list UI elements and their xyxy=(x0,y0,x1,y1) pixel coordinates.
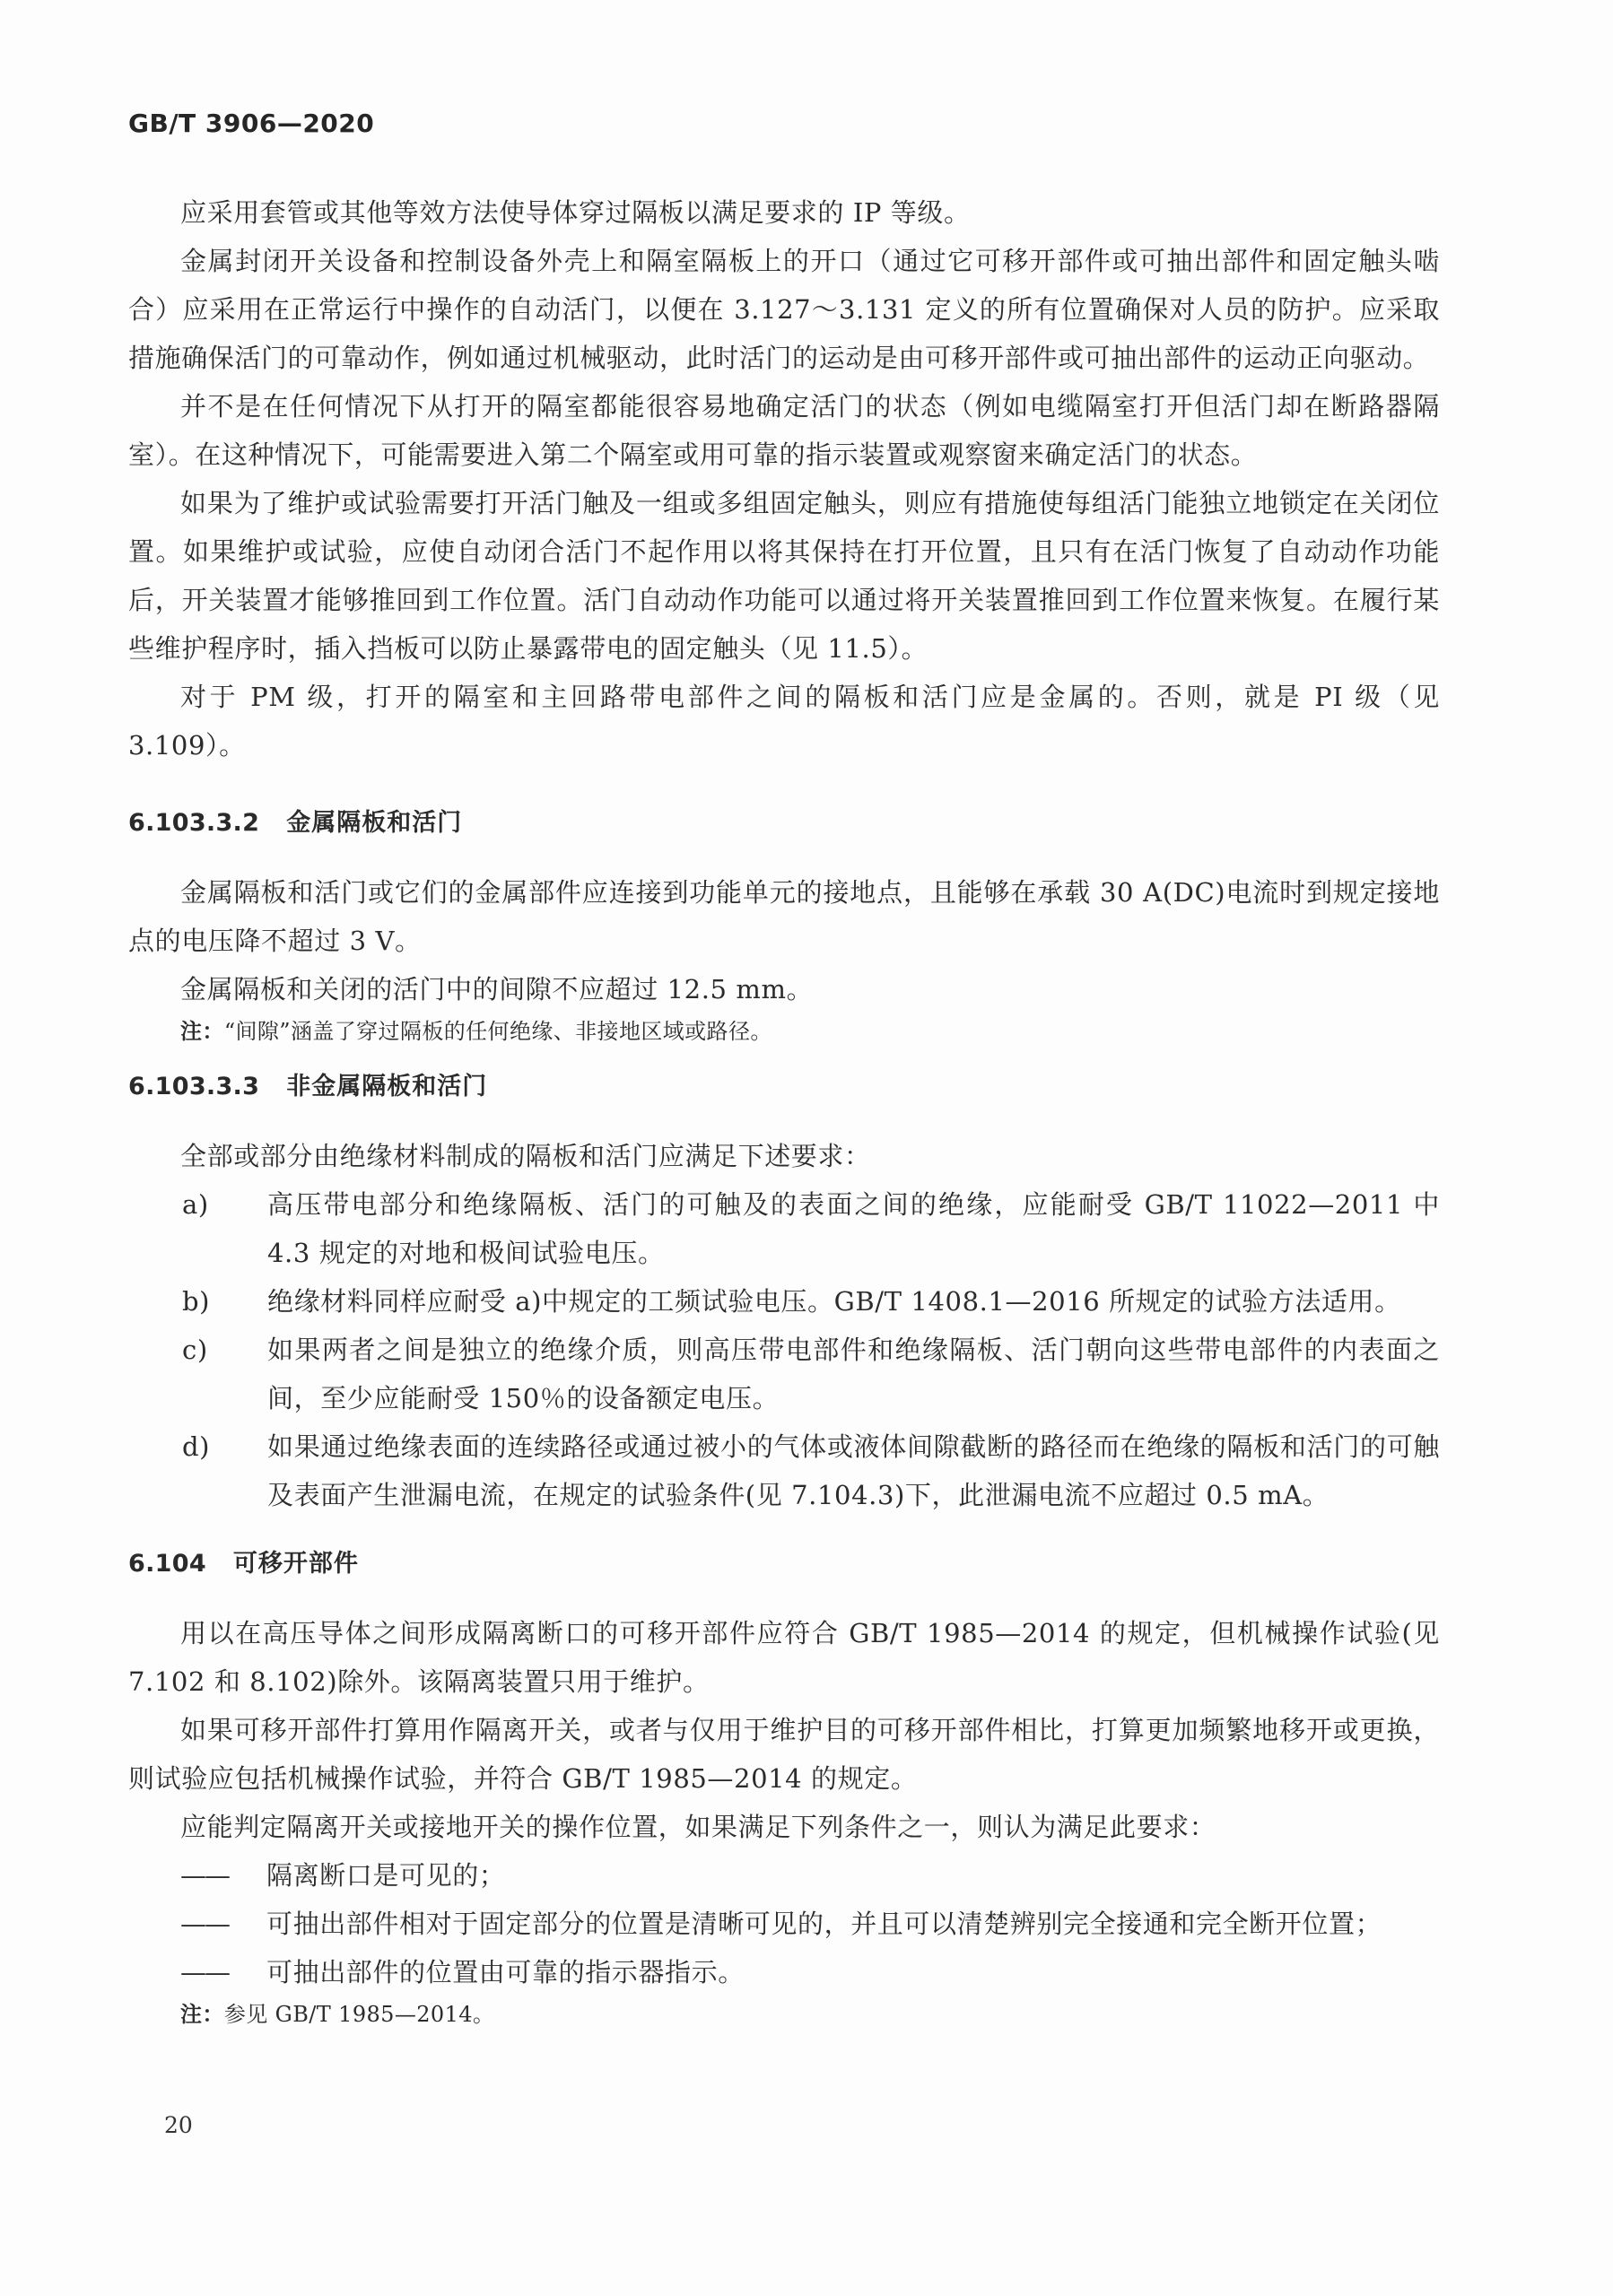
section-number: 6.103.3.2 xyxy=(128,805,259,841)
dash-list-item: —— 可抽出部件相对于固定部分的位置是清晰可见的，并且可以清楚辨别完全接通和完全… xyxy=(128,1900,1440,1948)
note-label: 注： xyxy=(180,2002,224,2027)
paragraph: 如果为了维护或试验需要打开活门触及一组或多组固定触头，则应有措施使每组活门能独立… xyxy=(128,479,1440,673)
section-number: 6.103.3.3 xyxy=(128,1069,259,1105)
paragraph: 应能判定隔离开关或接地开关的操作位置，如果满足下列条件之一，则认为满足此要求： xyxy=(128,1803,1440,1851)
section-heading-6-103-3-2: 6.103.3.2 金属隔板和活门 xyxy=(128,805,1440,841)
section-number: 6.104 xyxy=(128,1546,206,1582)
paragraph: 用以在高压导体之间形成隔离断口的可移开部件应符合 GB/T 1985—2014 … xyxy=(128,1609,1440,1706)
document-page: GB/T 3906—2020 应采用套管或其他等效方法使导体穿过隔板以满足要求的… xyxy=(0,0,1613,2296)
paragraph: 全部或部分由绝缘材料制成的隔板和活门应满足下述要求： xyxy=(128,1132,1440,1180)
paragraph: 金属封闭开关设备和控制设备外壳上和隔室隔板上的开口（通过它可移开部件或可抽出部件… xyxy=(128,237,1440,382)
dash-marker: —— xyxy=(180,1948,266,1996)
list-item-b: b) 绝缘材料同样应耐受 a)中规定的工频试验电压。GB/T 1408.1—20… xyxy=(128,1277,1440,1326)
dash-item-text: 可抽出部件相对于固定部分的位置是清晰可见的，并且可以清楚辨别完全接通和完全断开位… xyxy=(266,1900,1440,1948)
note: 注：“间隙”涵盖了穿过隔板的任何绝缘、非接地区域或路径。 xyxy=(128,1013,1440,1049)
dash-item-text: 可抽出部件的位置由可靠的指示器指示。 xyxy=(266,1948,1440,1996)
spacer xyxy=(128,1049,1440,1069)
running-header-standard-number: GB/T 3906—2020 xyxy=(128,109,374,138)
section-title: 金属隔板和活门 xyxy=(286,805,462,841)
dash-marker: —— xyxy=(180,1851,266,1900)
spacer xyxy=(128,841,1440,868)
spacer xyxy=(128,1582,1440,1609)
section-title: 可移开部件 xyxy=(233,1546,359,1582)
dash-marker: —— xyxy=(180,1900,266,1948)
note-label: 注： xyxy=(180,1019,224,1044)
list-item-a: a) 高压带电部分和绝缘隔板、活门的可触及的表面之间的绝缘，应能耐受 GB/T … xyxy=(128,1180,1440,1277)
note-text: “间隙”涵盖了穿过隔板的任何绝缘、非接地区域或路径。 xyxy=(224,1019,772,1044)
paragraph: 金属隔板和关闭的活门中的间隙不应超过 12.5 mm。 xyxy=(128,965,1440,1013)
list-item-text: 如果两者之间是独立的绝缘介质，则高压带电部件和绝缘隔板、活门朝向这些带电部件的内… xyxy=(267,1326,1440,1422)
dash-list-item: —— 隔离断口是可见的； xyxy=(128,1851,1440,1900)
list-item-c: c) 如果两者之间是独立的绝缘介质，则高压带电部件和绝缘隔板、活门朝向这些带电部… xyxy=(128,1326,1440,1422)
section-title: 非金属隔板和活门 xyxy=(286,1069,487,1105)
page-number: 20 xyxy=(164,2112,193,2138)
list-marker: c) xyxy=(182,1326,267,1422)
list-marker: a) xyxy=(182,1180,267,1277)
paragraph: 对于 PM 级，打开的隔室和主回路带电部件之间的隔板和活门应是金属的。否则，就是… xyxy=(128,673,1440,770)
list-marker: d) xyxy=(182,1422,267,1519)
paragraph: 应采用套管或其他等效方法使导体穿过隔板以满足要求的 IP 等级。 xyxy=(128,188,1440,237)
note-text: 参见 GB/T 1985—2014。 xyxy=(224,2002,495,2027)
list-item-text: 如果通过绝缘表面的连续路径或通过被小的气体或液体间隙截断的路径而在绝缘的隔板和活… xyxy=(267,1422,1440,1519)
list-item-d: d) 如果通过绝缘表面的连续路径或通过被小的气体或液体间隙截断的路径而在绝缘的隔… xyxy=(128,1422,1440,1519)
spacer xyxy=(128,1519,1440,1546)
dash-list-item: —— 可抽出部件的位置由可靠的指示器指示。 xyxy=(128,1948,1440,1996)
paragraph: 金属隔板和活门或它们的金属部件应连接到功能单元的接地点，且能够在承载 30 A(… xyxy=(128,868,1440,965)
list-item-text: 绝缘材料同样应耐受 a)中规定的工频试验电压。GB/T 1408.1—2016 … xyxy=(267,1277,1440,1326)
spacer xyxy=(128,770,1440,805)
paragraph: 如果可移开部件打算用作隔离开关，或者与仅用于维护目的可移开部件相比，打算更加频繁… xyxy=(128,1706,1440,1803)
spacer xyxy=(128,1105,1440,1132)
note: 注：参见 GB/T 1985—2014。 xyxy=(128,1996,1440,2032)
list-item-text: 高压带电部分和绝缘隔板、活门的可触及的表面之间的绝缘，应能耐受 GB/T 110… xyxy=(267,1180,1440,1277)
dash-item-text: 隔离断口是可见的； xyxy=(266,1851,1440,1900)
paragraph: 并不是在任何情况下从打开的隔室都能很容易地确定活门的状态（例如电缆隔室打开但活门… xyxy=(128,382,1440,479)
page-content: 应采用套管或其他等效方法使导体穿过隔板以满足要求的 IP 等级。 金属封闭开关设… xyxy=(128,188,1440,2032)
section-heading-6-104: 6.104 可移开部件 xyxy=(128,1546,1440,1582)
section-heading-6-103-3-3: 6.103.3.3 非金属隔板和活门 xyxy=(128,1069,1440,1105)
list-marker: b) xyxy=(182,1277,267,1326)
